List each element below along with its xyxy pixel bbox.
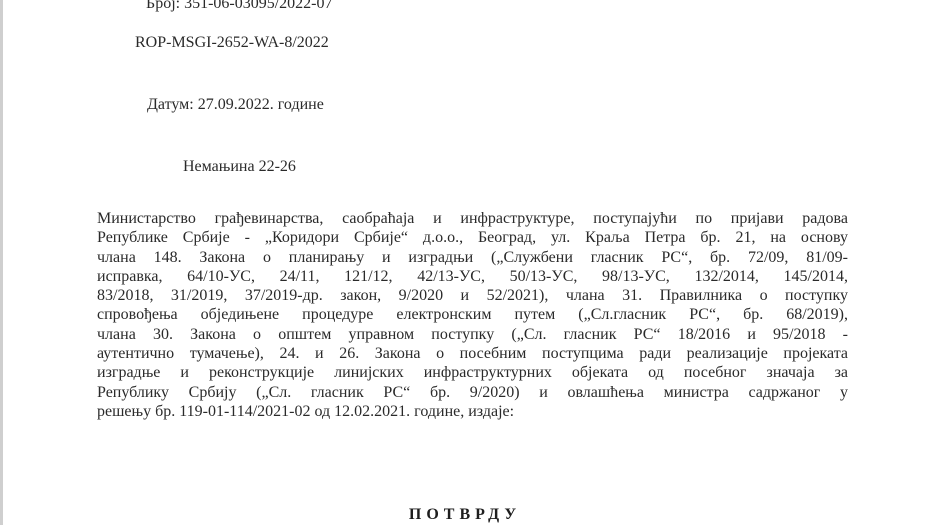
paragraph-line: решењу бр. 119-01-114/2021-02 од 12.02.2… — [97, 402, 848, 421]
paragraph-line: изградње и реконструкције линијских инфр… — [97, 363, 848, 382]
case-number: Број: 351-06-03095/2022-07 — [146, 0, 333, 13]
body-paragraph: Министарство грађевинарства, саобраћаја … — [97, 209, 848, 421]
paragraph-line: аутентично тумачење), 24. и 26. Закона о… — [97, 344, 848, 363]
paragraph-line: члана 148. Закона о планирању и изградњи… — [97, 248, 848, 267]
paragraph-line: члана 30. Закона о општем управном посту… — [97, 325, 848, 344]
paragraph-line: исправка, 64/10-УС, 24/11, 121/12, 42/13… — [97, 267, 848, 286]
document-heading: ПОТВРДУ — [0, 506, 930, 524]
paragraph-line: Републику Србију („Сл. гласник РС“ бр. 9… — [97, 383, 848, 402]
document-date: Датум: 27.09.2022. године — [147, 95, 324, 114]
document-page: Број: 351-06-03095/2022-07 ROP-MSGI-2652… — [0, 0, 930, 525]
rop-number: ROP-MSGI-2652-WA-8/2022 — [135, 33, 329, 52]
paragraph-line: Министарство грађевинарства, саобраћаја … — [97, 209, 848, 228]
ministry-address: Немањина 22-26 — [183, 157, 296, 176]
paragraph-line: Републике Србије - „Коридори Србије“ д.о… — [97, 228, 848, 247]
paragraph-line: 83/2018, 31/2019, 37/2019-др. закон, 9/2… — [97, 286, 848, 305]
paragraph-line: спровођења обједињене процедуре електрон… — [97, 305, 848, 324]
